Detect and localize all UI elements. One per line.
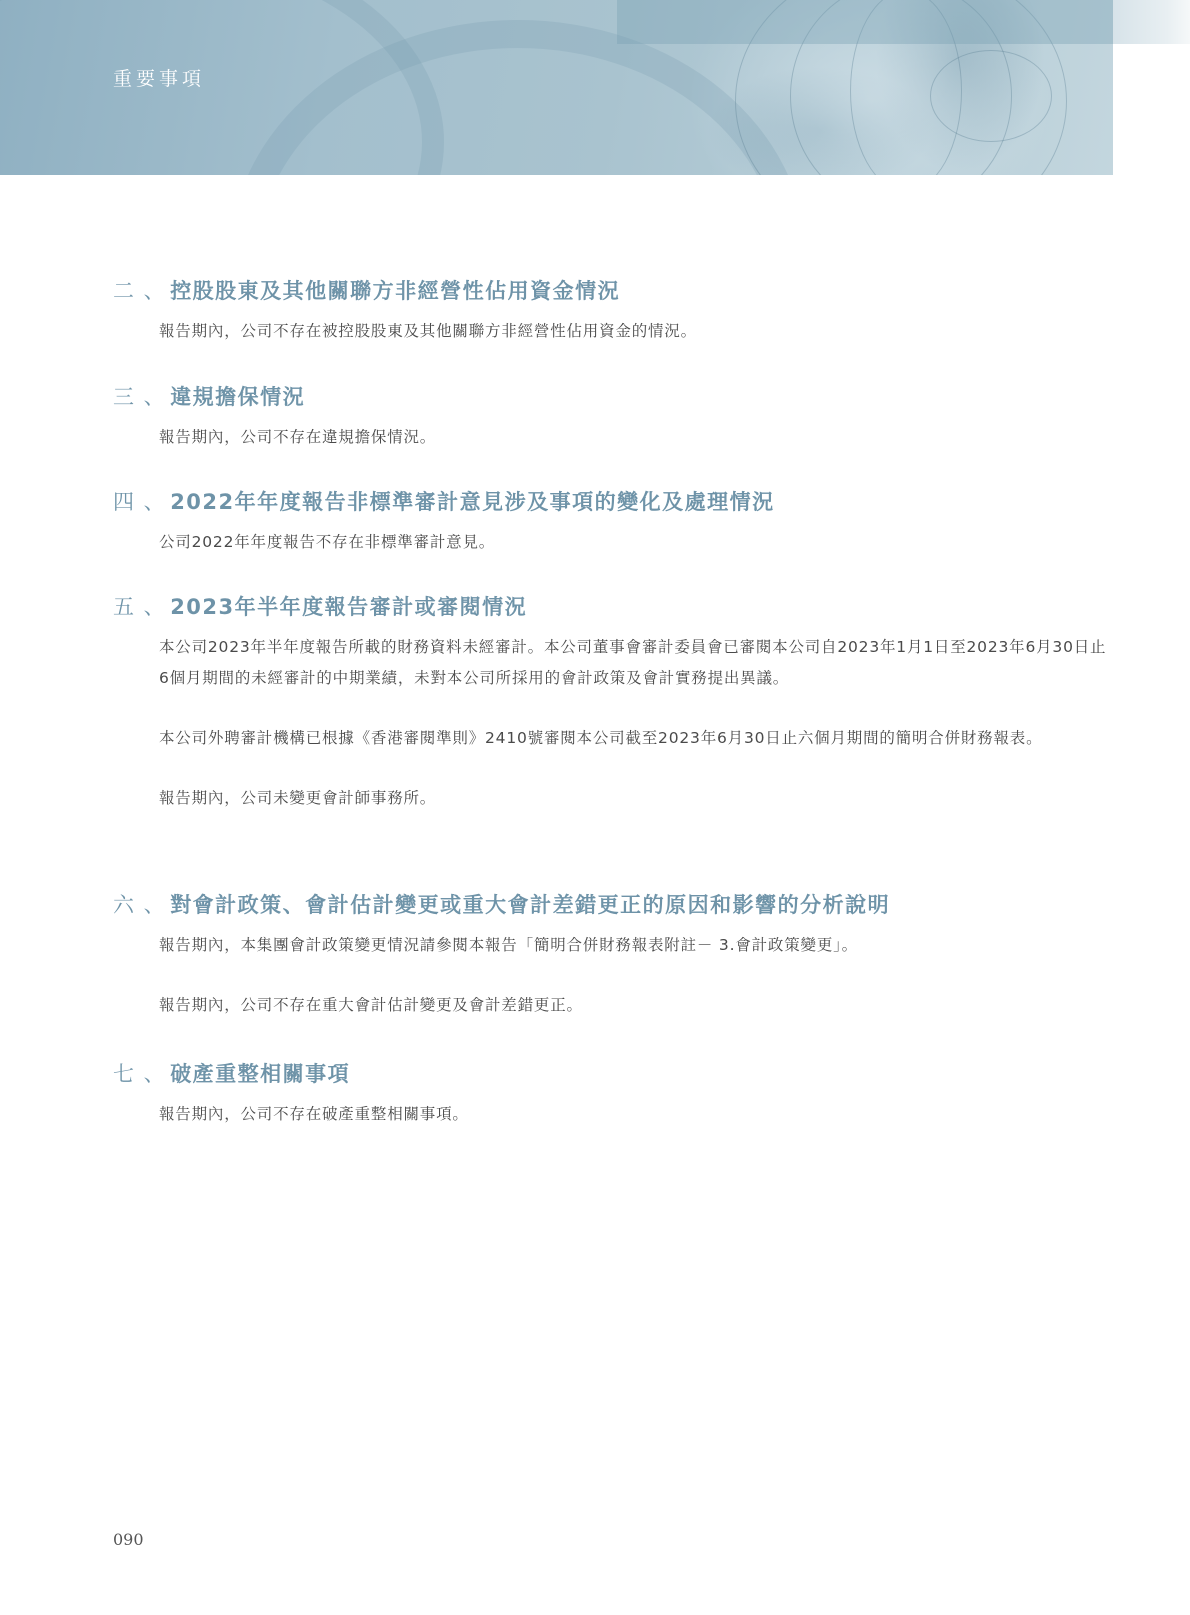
section-title: 2022年年度報告非標準審計意見涉及事項的變化及處理情況 [170, 490, 774, 514]
section-title: 對會計政策、會計估計變更或重大會計差錯更正的原因和影響的分析說明 [170, 893, 890, 917]
section-number: 三 、 [113, 385, 166, 409]
section-5: 五 、2023年半年度報告審計或審閱情況 本公司2023年半年度報告所載的財務資… [113, 593, 1113, 814]
paragraph: 本公司2023年半年度報告所載的財務資料未經審計。本公司董事會審計委員會已審閱本… [159, 632, 1114, 694]
page-header-title: 重要事項 [113, 64, 205, 91]
section-heading: 四 、2022年年度報告非標準審計意見涉及事項的變化及處理情況 [113, 488, 1113, 516]
section-title: 2023年半年度報告審計或審閱情況 [170, 595, 527, 619]
section-4: 四 、2022年年度報告非標準審計意見涉及事項的變化及處理情況 公司2022年年… [113, 488, 1113, 558]
section-7: 七 、破產重整相關事項 報告期內，公司不存在破產重整相關事項。 [113, 1060, 1113, 1130]
paragraph: 報告期內，公司未變更會計師事務所。 [159, 783, 1114, 814]
section-heading: 二 、控股股東及其他關聯方非經營性佔用資金情況 [113, 277, 1113, 305]
section-number: 五 、 [113, 595, 166, 619]
section-6: 六 、對會計政策、會計估計變更或重大會計差錯更正的原因和影響的分析說明 報告期內… [113, 891, 1113, 1021]
header-banner: 重要事項 [0, 0, 1113, 175]
paragraph: 報告期內，公司不存在違規擔保情況。 [159, 422, 1114, 453]
page-number: 090 [113, 1530, 144, 1549]
section-heading: 五 、2023年半年度報告審計或審閱情況 [113, 593, 1113, 621]
section-number: 二 、 [113, 279, 166, 303]
section-3: 三 、違規擔保情況 報告期內，公司不存在違規擔保情況。 [113, 383, 1113, 453]
globe-grid-line [930, 50, 1052, 142]
paragraph: 報告期內，本集團會計政策變更情況請參閱本報告「簡明合併財務報表附註－ 3.會計政… [159, 930, 1114, 961]
section-number: 四 、 [113, 490, 166, 514]
paragraph: 報告期內，公司不存在被控股股東及其他關聯方非經營性佔用資金的情況。 [159, 316, 1114, 347]
banner-strip [617, 0, 1113, 44]
section-number: 七 、 [113, 1062, 166, 1086]
paragraph: 公司2022年年度報告不存在非標準審計意見。 [159, 527, 1114, 558]
section-title: 控股股東及其他關聯方非經營性佔用資金情況 [170, 279, 620, 303]
section-heading: 六 、對會計政策、會計估計變更或重大會計差錯更正的原因和影響的分析說明 [113, 891, 1113, 919]
section-heading: 七 、破產重整相關事項 [113, 1060, 1113, 1088]
section-number: 六 、 [113, 893, 166, 917]
section-heading: 三 、違規擔保情況 [113, 383, 1113, 411]
paragraph: 報告期內，公司不存在重大會計估計變更及會計差錯更正。 [159, 990, 1114, 1021]
paragraph: 報告期內，公司不存在破產重整相關事項。 [159, 1099, 1114, 1130]
section-title: 違規擔保情況 [170, 385, 305, 409]
section-2: 二 、控股股東及其他關聯方非經營性佔用資金情況 報告期內，公司不存在被控股股東及… [113, 277, 1113, 347]
section-title: 破產重整相關事項 [170, 1062, 350, 1086]
banner-right-fade [1113, 0, 1190, 44]
paragraph: 本公司外聘審計機構已根據《香港審閱準則》2410號審閱本公司截至2023年6月3… [159, 723, 1114, 754]
